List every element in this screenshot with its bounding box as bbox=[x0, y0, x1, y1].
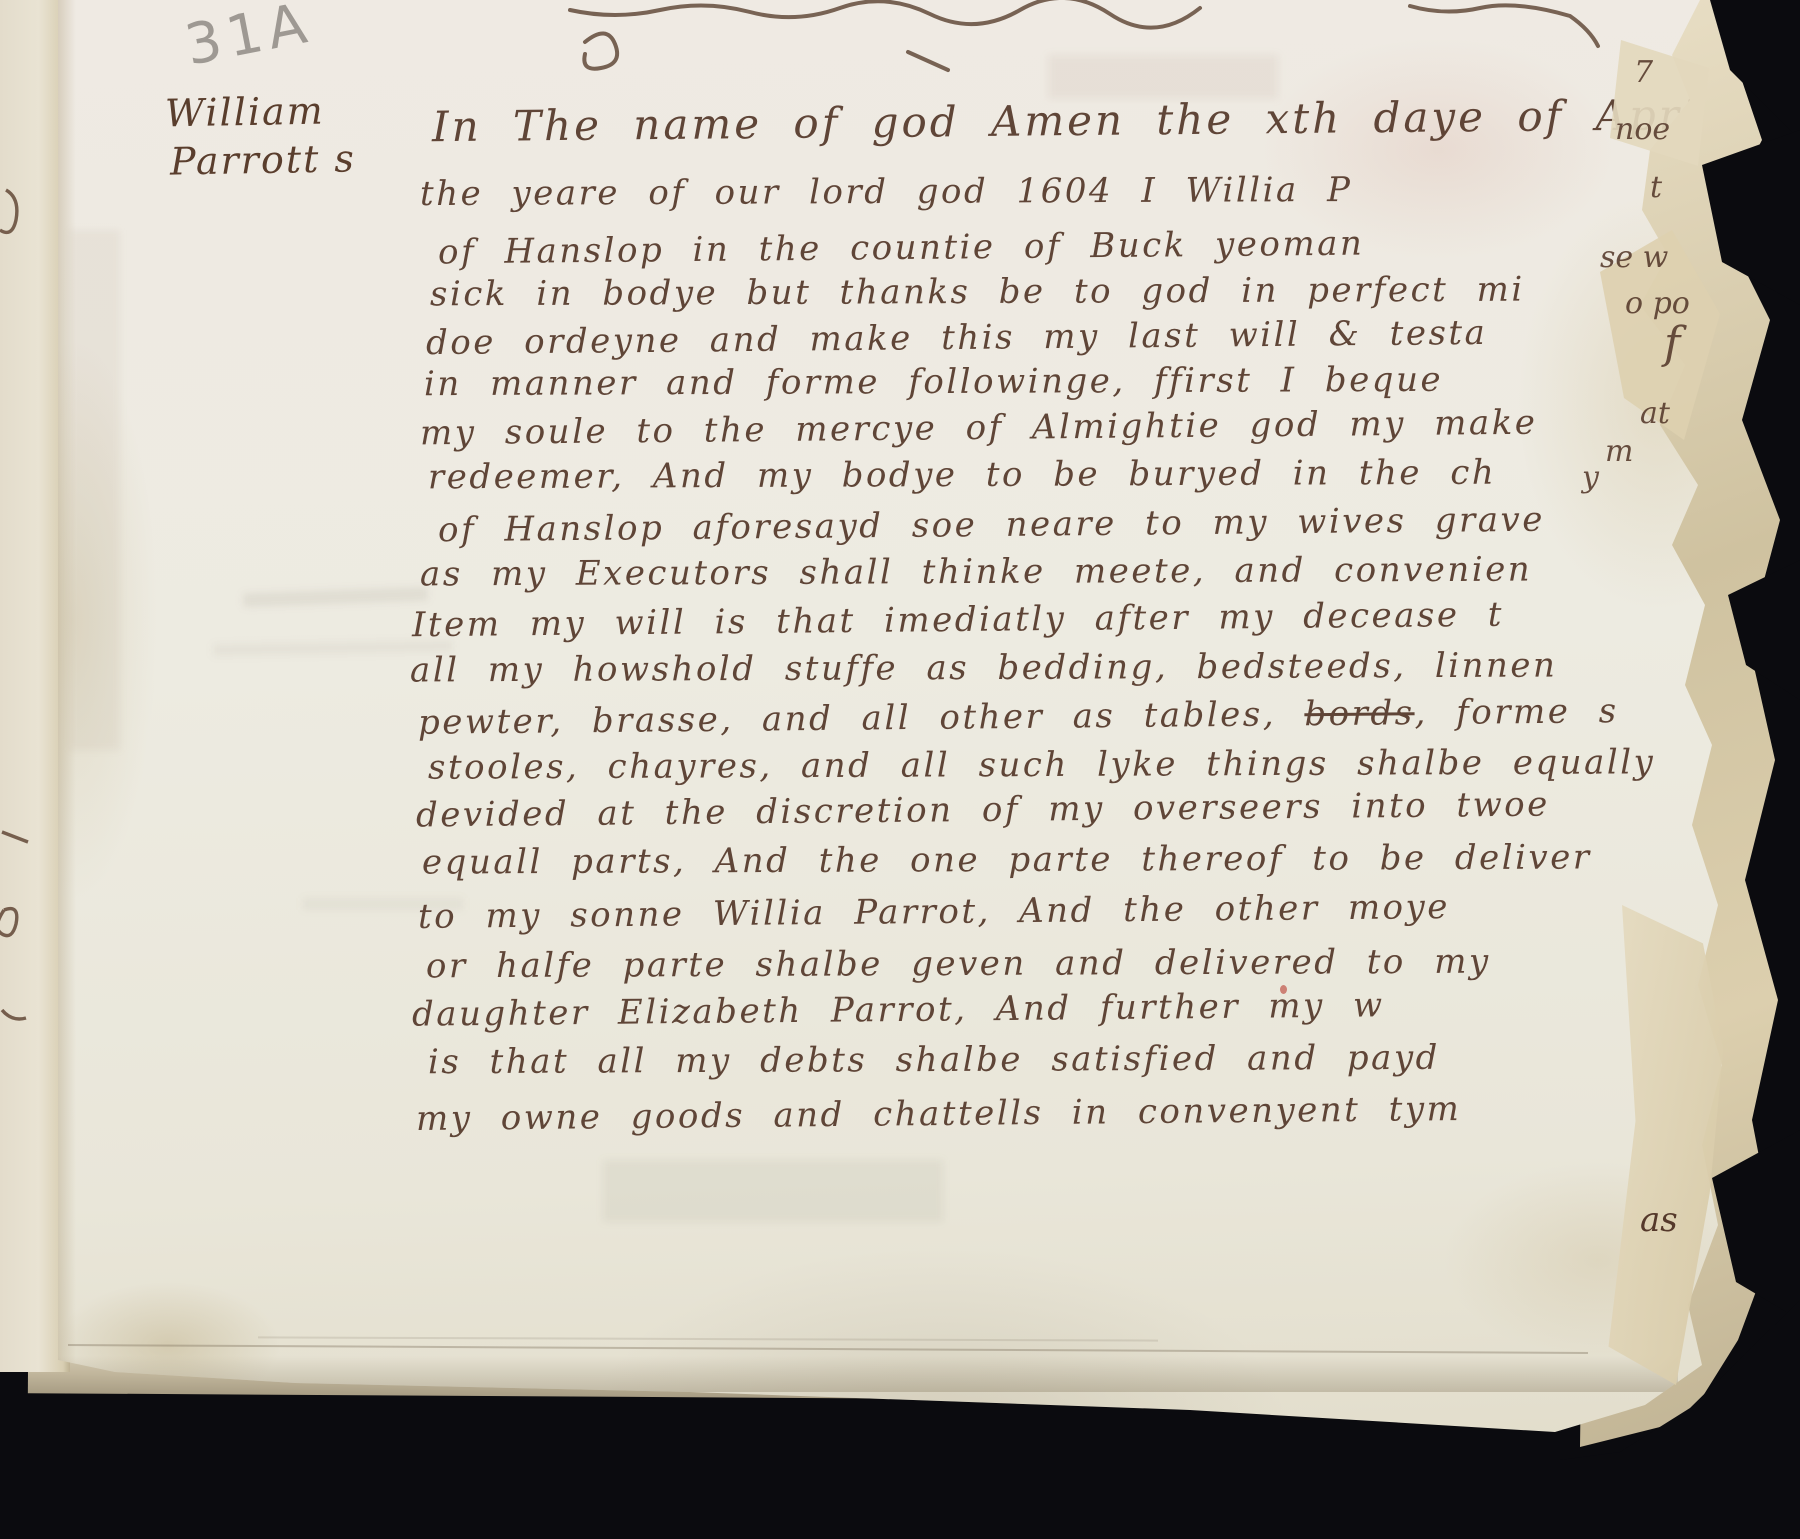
red-ink-fleck bbox=[1280, 985, 1287, 994]
manuscript-line: devided at the discretion of my overseer… bbox=[416, 785, 1550, 836]
manuscript-line: Item my will is that imediatly after my … bbox=[412, 595, 1504, 645]
manuscript-line: equall parts, And the one parte thereof … bbox=[422, 837, 1592, 882]
manuscript-line: stooles, chayres, and all such lyke thin… bbox=[428, 742, 1655, 787]
folio-number: 31A bbox=[180, 0, 318, 79]
manuscript-line: my soule to the mercye of Almightie god … bbox=[420, 403, 1538, 454]
manuscript-page: 31A William Parrott s In The name of god… bbox=[58, 0, 1758, 1448]
manuscript-line: redeemer, And my bodye to be buryed in t… bbox=[428, 453, 1496, 498]
manuscript-line: is that all my debts shalbe satisfied an… bbox=[428, 1038, 1440, 1082]
struck-word: bords bbox=[1304, 693, 1415, 734]
bottom-fold-crease-faint bbox=[258, 1336, 1158, 1341]
manuscript-line: In The name of god Amen the xth daye of … bbox=[432, 90, 1732, 151]
manuscript-line-with-deletion: pewter, brasse, and all other as tables,… bbox=[418, 691, 1619, 743]
manuscript-line: my owne goods and chattells in convenyen… bbox=[416, 1089, 1462, 1139]
bottom-fold-crease bbox=[68, 1344, 1588, 1354]
show-through-smudge bbox=[70, 230, 120, 750]
manuscript-line: as my Executors shall thinke meete, and … bbox=[420, 550, 1532, 595]
manuscript-line: of Hanslop aforesayd soe neare to my wiv… bbox=[438, 500, 1545, 551]
manuscript-line: sick in bodye but thanks be to god in pe… bbox=[430, 270, 1525, 315]
line-text: pewter, brasse, and all other as tables, bbox=[418, 694, 1305, 743]
manuscript-line: to my sonne Willia Parrot, And the other… bbox=[418, 887, 1450, 937]
show-through-smudge bbox=[243, 587, 428, 607]
manuscript-line: daughter Elizabeth Parrot, And further m… bbox=[412, 985, 1385, 1034]
manuscript-line: the yeare of our lord god 1604 I Willia … bbox=[420, 170, 1353, 214]
manuscript-line: or halfe parte shalbe geven and delivere… bbox=[426, 942, 1491, 987]
margin-note-testator-surname: Parrott s bbox=[170, 136, 357, 183]
photo-backdrop: 31A William Parrott s In The name of god… bbox=[0, 0, 1800, 1539]
tear-backdrop-notches bbox=[1560, 0, 1800, 1460]
manuscript-line: in manner and forme followinge, ffirst I… bbox=[424, 360, 1443, 404]
manuscript-line: all my howshold stuffe as bedding, bedst… bbox=[410, 645, 1558, 690]
left-edge-ink-marks bbox=[0, 180, 44, 1060]
manuscript-line: doe ordeyne and make this my last will &… bbox=[426, 313, 1488, 363]
manuscript-line: of Hanslop in the countie of Buck yeoman bbox=[438, 224, 1365, 273]
margin-note-testator-first-name: William bbox=[165, 89, 325, 136]
show-through-smudge bbox=[603, 1160, 943, 1222]
cropped-previous-line-strokes bbox=[540, 0, 1620, 86]
